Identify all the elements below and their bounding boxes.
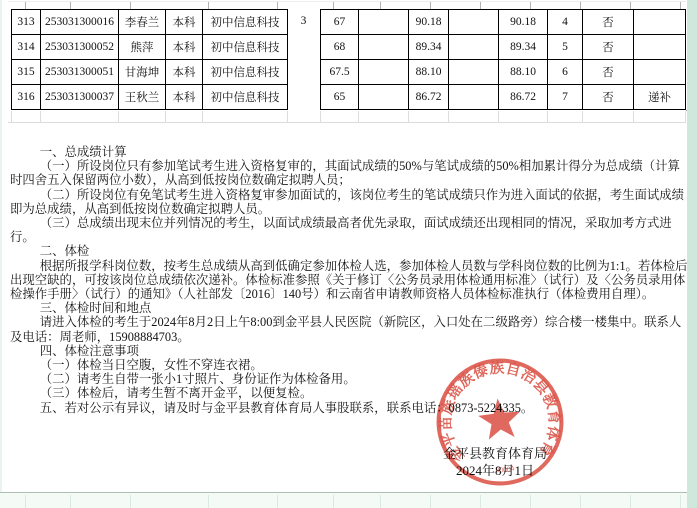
spreadsheet-document: 313253031300016李春兰本科初中信息科技31425303130005… — [0, 0, 697, 508]
cell-total[interactable]: 88.10 — [499, 60, 548, 85]
cell-blank[interactable] — [449, 10, 499, 35]
cell-score2[interactable]: 88.10 — [409, 60, 449, 85]
official-seal-stamp: 金平苗族瑶族傣族自治县教育体育局 00004 — [422, 344, 578, 500]
cell-remark[interactable] — [634, 10, 686, 35]
cell-seq[interactable]: 313 — [12, 10, 41, 35]
grid-line — [580, 495, 581, 508]
grid-line — [685, 111, 686, 122]
grid-line — [408, 111, 409, 122]
cell-rank[interactable]: 4 — [548, 10, 583, 35]
results-table-right: 6790.1890.184否6889.3489.345否67.588.1088.… — [320, 9, 686, 110]
cell-seq[interactable]: 314 — [12, 35, 41, 60]
grid-line — [25, 495, 26, 508]
notice-paragraph: 三、体检时间和地点 — [10, 301, 688, 315]
sheet-margin-right — [687, 0, 697, 508]
cell-candidate-no[interactable]: 253031300016 — [41, 10, 119, 35]
notice-text: 一、总成绩计算（一）所设岗位只有参加笔试考生进入资格复审的，其面试成绩的50%与… — [10, 145, 688, 415]
notice-paragraph: （三）总成绩出现末位并列情况的考生，以面试成绩最高者优先录取，面试成绩还出现相同… — [10, 216, 688, 244]
table-row: 315253031300051甘海坤本科初中信息科技 — [12, 60, 288, 85]
cell-score1[interactable]: 67 — [321, 10, 359, 35]
cell-score2[interactable]: 90.18 — [409, 10, 449, 35]
cell-remark[interactable] — [634, 35, 686, 60]
table-row: 314253031300052熊萍本科初中信息科技 — [12, 35, 288, 60]
grid-line — [130, 495, 131, 508]
cell-employed[interactable]: 否 — [583, 10, 634, 35]
seal-code: 00004 — [495, 465, 516, 475]
cell-blank[interactable] — [359, 60, 409, 85]
cell-score1[interactable]: 68 — [321, 35, 359, 60]
cell-total[interactable]: 90.18 — [499, 10, 548, 35]
grid-line — [633, 111, 634, 122]
cell-score1[interactable]: 67.5 — [321, 60, 359, 85]
cell-total[interactable]: 89.34 — [499, 35, 548, 60]
grid-line — [8, 1, 686, 2]
cell-candidate-no[interactable]: 253031300051 — [41, 60, 119, 85]
cell-position[interactable]: 初中信息科技 — [203, 35, 288, 60]
cell-blank[interactable] — [449, 85, 499, 110]
notice-paragraph: 五、若对公示有异议，请及时与金平县教育体育局人事股联系，联系电话：0873-52… — [10, 401, 688, 415]
cell-remark[interactable] — [634, 60, 686, 85]
notice-paragraph: （三）体检后，请考生暂不离开金平，以便复检。 — [10, 386, 688, 400]
notice-paragraph: （二）请考生自带一张小1寸照片、身份证作为体检备用。 — [10, 372, 688, 386]
cell-position[interactable]: 初中信息科技 — [203, 10, 288, 35]
grid-line — [448, 111, 449, 122]
notice-paragraph: 一、总成绩计算 — [10, 145, 688, 159]
cell-education[interactable]: 本科 — [166, 10, 203, 35]
table-row: 6586.7286.727否递补 — [321, 85, 686, 110]
cell-blank[interactable] — [359, 35, 409, 60]
cell-score1[interactable]: 65 — [321, 85, 359, 110]
cell-score2[interactable]: 86.72 — [409, 85, 449, 110]
notice-paragraph: （一）所设岗位只有参加笔试考生进入资格复审的，其面试成绩的50%与笔试成绩的50… — [10, 159, 688, 187]
notice-paragraph: （一）体检当日空腹，女性不穿连衣裙。 — [10, 358, 688, 372]
grid-line — [11, 111, 12, 122]
sheet-margin-bottom — [0, 492, 687, 508]
notice-paragraph: 请进入体检的考生于2024年8月2日上午8:00到金平县人民医院（新院区，入口处… — [10, 315, 688, 343]
cell-name[interactable]: 王秋兰 — [119, 85, 166, 110]
grid-line — [430, 495, 431, 508]
cell-education[interactable]: 本科 — [166, 85, 203, 110]
cell-candidate-no[interactable]: 253031300052 — [41, 35, 119, 60]
notice-paragraph: 四、体检注意事项 — [10, 344, 688, 358]
sheet-margin-left — [0, 0, 2, 492]
cell-employed[interactable]: 否 — [583, 85, 634, 110]
notice-paragraph: 根据所报学科岗位数，按考生总成绩从高到低确定参加体检人选，参加体检人员数与学科岗… — [10, 259, 688, 302]
cell-name[interactable]: 甘海坤 — [119, 60, 166, 85]
results-table-left: 313253031300016李春兰本科初中信息科技31425303130005… — [11, 9, 288, 110]
cell-rank[interactable]: 6 — [548, 60, 583, 85]
grid-line — [8, 122, 686, 123]
cell-total[interactable]: 86.72 — [499, 85, 548, 110]
cell-education[interactable]: 本科 — [166, 60, 203, 85]
grid-line — [358, 111, 359, 122]
table-row: 67.588.1088.106否 — [321, 60, 686, 85]
grid-line — [498, 111, 499, 122]
grid-line — [118, 111, 119, 122]
notice-paragraph: （二）所设岗位有免笔试考生进入资格复审参加面试的，该岗位考生的笔试成绩只作为进入… — [10, 188, 688, 216]
cell-score2[interactable]: 89.34 — [409, 35, 449, 60]
cell-remark[interactable]: 递补 — [634, 85, 686, 110]
grid-line — [630, 495, 631, 508]
grid-line — [380, 495, 381, 508]
grid-line — [165, 111, 166, 122]
grid-line — [208, 495, 209, 508]
cell-candidate-no[interactable]: 253031300037 — [41, 85, 119, 110]
svg-text:00004: 00004 — [495, 465, 516, 475]
grid-line — [277, 495, 278, 508]
cell-employed[interactable]: 否 — [583, 60, 634, 85]
cell-education[interactable]: 本科 — [166, 35, 203, 60]
cell-name[interactable]: 熊萍 — [119, 35, 166, 60]
table-row: 313253031300016李春兰本科初中信息科技 — [12, 10, 288, 35]
cell-employed[interactable]: 否 — [583, 35, 634, 60]
grid-line — [333, 495, 334, 508]
cell-position-count[interactable]: 3 — [287, 9, 320, 111]
svg-text:金平苗族瑶族傣族自治县教育体育局: 金平苗族瑶族傣族自治县教育体育局 — [422, 344, 568, 473]
grid-line — [547, 111, 548, 122]
grid-line — [320, 111, 321, 122]
cell-name[interactable]: 李春兰 — [119, 10, 166, 35]
cell-position[interactable]: 初中信息科技 — [203, 85, 288, 110]
table-row: 316253031300037王秋兰本科初中信息科技 — [12, 85, 288, 110]
cell-blank[interactable] — [449, 60, 499, 85]
grid-line — [202, 111, 203, 122]
seal-star-icon — [477, 396, 523, 440]
cell-blank[interactable] — [359, 85, 409, 110]
cell-rank[interactable]: 7 — [548, 85, 583, 110]
grid-line — [287, 111, 288, 122]
cell-seq[interactable]: 316 — [12, 85, 41, 110]
cell-seq[interactable]: 315 — [12, 60, 41, 85]
cell-blank[interactable] — [449, 35, 499, 60]
cell-rank[interactable]: 5 — [548, 35, 583, 60]
table-row: 6790.1890.184否 — [321, 10, 686, 35]
notice-paragraph: 二、体检 — [10, 244, 688, 258]
cell-position[interactable]: 初中信息科技 — [203, 60, 288, 85]
grid-line — [530, 495, 531, 508]
cell-blank[interactable] — [359, 10, 409, 35]
grid-line — [480, 495, 481, 508]
seal-ring-text: 金平苗族瑶族傣族自治县教育体育局 — [422, 344, 568, 473]
grid-line — [680, 495, 681, 508]
grid-line — [70, 495, 71, 508]
grid-line — [582, 111, 583, 122]
table-row: 6889.3489.345否 — [321, 35, 686, 60]
grid-line — [40, 111, 41, 122]
